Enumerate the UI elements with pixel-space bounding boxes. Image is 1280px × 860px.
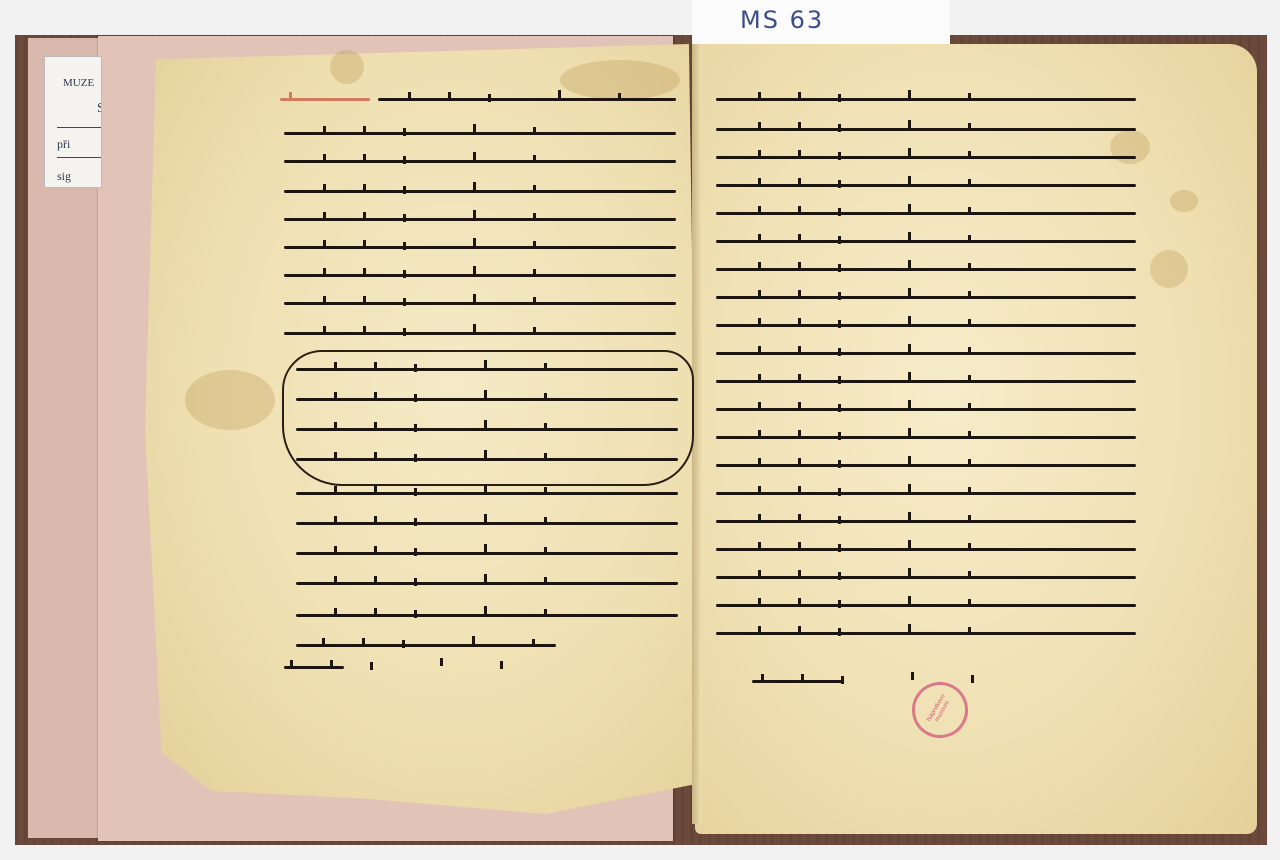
script-line xyxy=(296,368,678,371)
rubric-line xyxy=(280,98,370,101)
museum-label-line1: MUZE xyxy=(63,77,94,89)
script-line xyxy=(716,604,1136,607)
script-line xyxy=(752,680,842,683)
stain xyxy=(560,60,680,100)
script-line xyxy=(716,184,1136,187)
script-line xyxy=(296,428,678,431)
script-line xyxy=(716,436,1136,439)
script-line xyxy=(716,380,1136,383)
script-line xyxy=(716,548,1136,551)
stain xyxy=(1170,190,1198,212)
script-line xyxy=(716,98,1136,101)
label-rule xyxy=(57,157,102,158)
stain xyxy=(1150,250,1188,288)
script-line xyxy=(296,552,678,555)
script-line xyxy=(716,576,1136,579)
right-manuscript-page xyxy=(695,44,1257,834)
script-line xyxy=(296,398,678,401)
museum-label-line4: sig xyxy=(57,169,71,184)
script-line xyxy=(284,666,344,669)
script-line xyxy=(296,492,678,495)
script-line xyxy=(284,302,676,305)
museum-label: MUZE S při sig xyxy=(44,56,102,188)
script-line xyxy=(284,132,676,135)
script-line xyxy=(284,246,676,249)
script-line xyxy=(296,582,678,585)
script-line xyxy=(716,520,1136,523)
stain xyxy=(330,50,364,84)
script-line xyxy=(716,212,1136,215)
script-line xyxy=(716,324,1136,327)
museum-label-line2: S xyxy=(97,101,102,117)
label-rule xyxy=(57,127,102,128)
script-line xyxy=(284,160,676,163)
script-line xyxy=(284,190,676,193)
script-line xyxy=(716,464,1136,467)
script-line xyxy=(716,240,1136,243)
script-line xyxy=(716,492,1136,495)
script-line xyxy=(284,274,676,277)
script-line xyxy=(284,218,676,221)
script-line xyxy=(716,296,1136,299)
script-line xyxy=(716,352,1136,355)
script-line xyxy=(716,268,1136,271)
script-line xyxy=(716,632,1136,635)
script-line xyxy=(716,128,1136,131)
script-line xyxy=(284,332,676,335)
script-line xyxy=(296,458,678,461)
shelfmark-text: MS 63 xyxy=(740,6,824,34)
script-line xyxy=(296,614,678,617)
museum-label-line3: při xyxy=(57,137,70,152)
script-line xyxy=(716,156,1136,159)
stain xyxy=(185,370,275,430)
script-line xyxy=(296,522,678,525)
shelfmark-label: MS 63 xyxy=(692,0,950,45)
script-line xyxy=(716,408,1136,411)
script-line xyxy=(296,644,556,647)
stamp-text: Náprstkovo muzeum xyxy=(921,685,958,735)
script-line xyxy=(378,98,676,101)
